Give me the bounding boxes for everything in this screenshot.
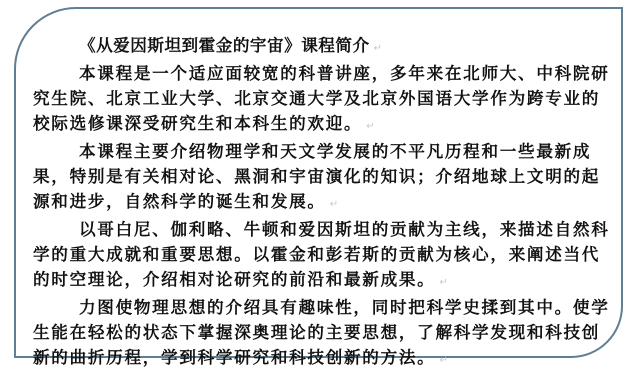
paragraph-2: 本课程主要介绍物理学和天文学发展的不平凡历程和一些最新成 果，特别是有关相对论、… bbox=[33, 139, 611, 217]
paragraph-line-text: 新的曲折历程，学到科学研究和科技创新的方法。 bbox=[33, 348, 435, 364]
paragraph-line: 学的重大成就和重要思想。以霍金和彭若斯的贡献为核心，来阐述当代 bbox=[33, 242, 611, 267]
course-title-text: 《从爱因斯坦到霍金的宇宙》课程简介 bbox=[79, 36, 370, 55]
paragraph-4: 力图使物理思想的介绍具有趣味性，同时把科学史揉到其中。使学 生能在轻松的状态下掌… bbox=[33, 295, 611, 364]
paragraph-line-last: 源和进步，自然科学的诞生和发展。↵ bbox=[33, 189, 611, 217]
paragraph-line-last: 的时空理论，介绍相对论研究的前沿和最新成果。↵ bbox=[33, 267, 611, 295]
paragraph-1: 本课程是一个适应面较宽的科普讲座，多年来在北师大、中科院研 究生院、北京工业大学… bbox=[33, 61, 611, 139]
paragraph-line: 究生院、北京工业大学、北京交通大学及北京外国语大学作为跨专业的 bbox=[33, 86, 611, 111]
paragraph-line-last: 校际选修课深受研究生和本科生的欢迎。↵ bbox=[33, 111, 611, 139]
paragraph-line: 力图使物理思想的介绍具有趣味性，同时把科学史揉到其中。使学 bbox=[33, 295, 611, 320]
paragraph-line: 以哥白尼、伽利略、牛顿和爱因斯坦的贡献为主线，来描述自然科 bbox=[33, 217, 611, 242]
paragraph-line-text: 的时空理论，介绍相对论研究的前沿和最新成果。 bbox=[33, 270, 435, 289]
paragraph-mark-icon: ↵ bbox=[439, 355, 449, 364]
paragraph-mark-icon: ↵ bbox=[374, 43, 383, 54]
paragraph-line-last: 新的曲折历程，学到科学研究和科技创新的方法。↵ bbox=[33, 345, 611, 364]
course-title: 《从爱因斯坦到霍金的宇宙》课程简介↵ bbox=[33, 33, 611, 61]
paragraph-3: 以哥白尼、伽利略、牛顿和爱因斯坦的贡献为主线，来描述自然科 学的重大成就和重要思… bbox=[33, 217, 611, 295]
course-intro-text: 《从爱因斯坦到霍金的宇宙》课程简介↵ 本课程是一个适应面较宽的科普讲座，多年来在… bbox=[33, 33, 611, 364]
paragraph-mark-icon: ↵ bbox=[439, 277, 449, 288]
paragraph-line: 本课程是一个适应面较宽的科普讲座，多年来在北师大、中科院研 bbox=[33, 61, 611, 86]
paragraph-mark-icon: ↵ bbox=[366, 121, 376, 132]
paragraph-mark-icon: ↵ bbox=[330, 199, 340, 210]
paragraph-line: 生能在轻松的状态下掌握深奥理论的主要思想，了解科学发现和科技创 bbox=[33, 320, 611, 345]
paragraph-line: 本课程主要介绍物理学和天文学发展的不平凡历程和一些最新成 bbox=[33, 139, 611, 164]
paragraph-line: 果，特别是有关相对论、黑洞和宇宙演化的知识；介绍地球上文明的起 bbox=[33, 164, 611, 189]
paragraph-line-text: 源和进步，自然科学的诞生和发展。 bbox=[33, 192, 326, 211]
paragraph-line-text: 校际选修课深受研究生和本科生的欢迎。 bbox=[33, 114, 362, 133]
